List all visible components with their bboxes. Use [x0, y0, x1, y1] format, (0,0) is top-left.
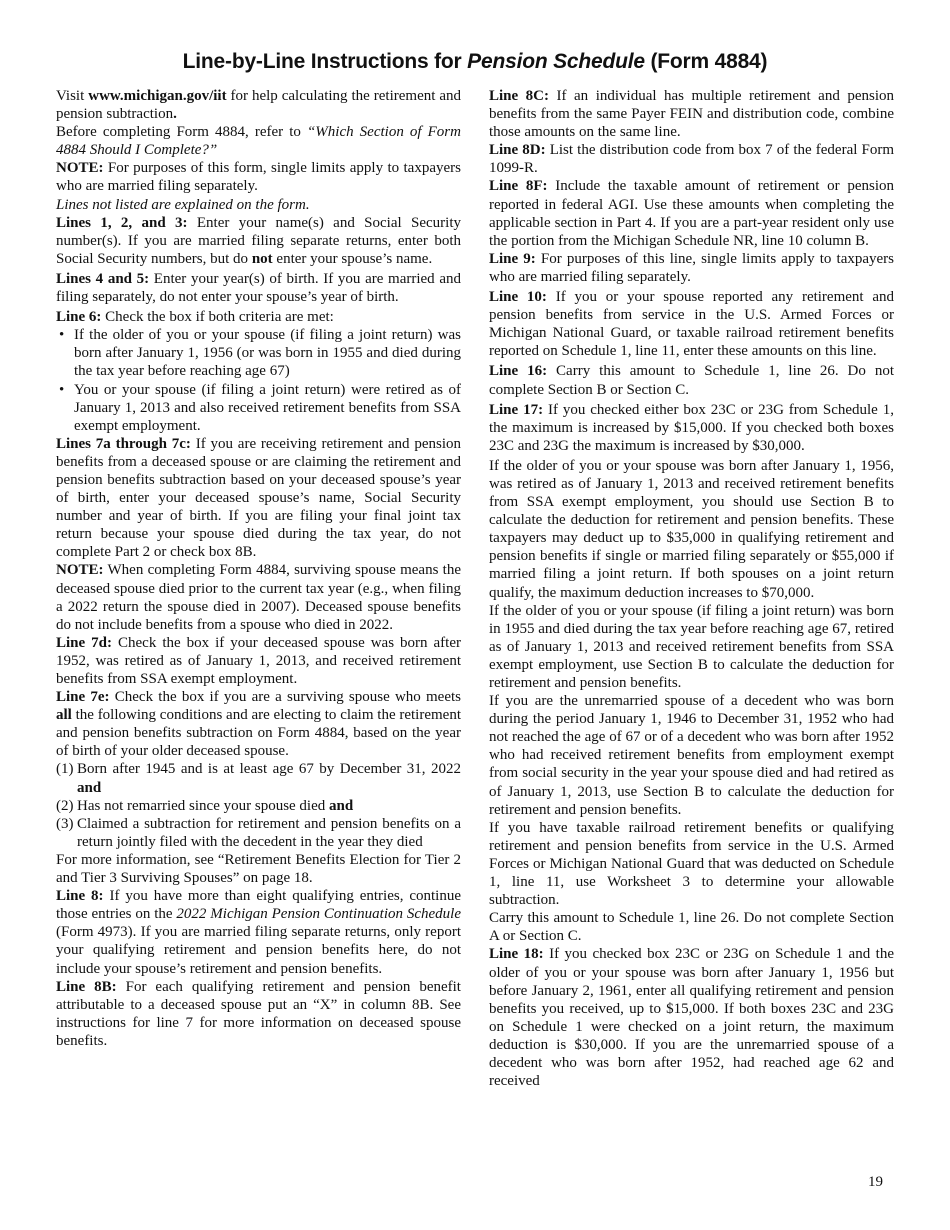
- lines-1-2-3: Lines 1, 2, and 3: Enter your name(s) an…: [56, 214, 461, 268]
- before-completing-paragraph: Before completing Form 4884, refer to “W…: [56, 123, 461, 159]
- text: Before completing Form 4884, refer to: [56, 124, 307, 140]
- right-column: Line 8C: If an individual has multiple r…: [489, 87, 894, 1090]
- text: Check the box if both criteria are met:: [101, 309, 333, 325]
- text: the following conditions and are electin…: [56, 707, 461, 759]
- lines-4-5: Lines 4 and 5: Enter your year(s) of bir…: [56, 270, 461, 306]
- text: Include the taxable amount of retirement…: [489, 178, 894, 248]
- title-text: Line-by-Line Instructions for: [183, 50, 468, 73]
- note-label: NOTE:: [56, 160, 104, 176]
- line-7e-conditions: (1)Born after 1945 and is at least age 6…: [56, 760, 461, 850]
- text: enter your spouse’s name.: [273, 251, 433, 267]
- line-8f: Line 8F: Include the taxable amount of r…: [489, 177, 894, 249]
- line-label: Line 16:: [489, 363, 547, 379]
- item-number: (2): [56, 797, 74, 815]
- text: Claimed a subtraction for retirement and…: [77, 816, 461, 850]
- website-link[interactable]: www.michigan.gov/iit: [88, 88, 226, 104]
- more-information: For more information, see “Retirement Be…: [56, 851, 461, 887]
- lines-7a-7c: Lines 7a through 7c: If you are receivin…: [56, 435, 461, 562]
- text: Check the box if your deceased spouse wa…: [56, 635, 461, 687]
- text: For each qualifying retirement and pensi…: [56, 979, 461, 1049]
- line-label: Line 18:: [489, 946, 544, 962]
- line-label: Line 7d:: [56, 635, 112, 651]
- line-6-criteria: If the older of you or your spouse (if f…: [56, 326, 461, 435]
- line-8b: Line 8B: For each qualifying retirement …: [56, 978, 461, 1050]
- note-surviving-spouse: NOTE: When completing Form 4884, survivi…: [56, 561, 461, 633]
- text: For purposes of this form, single limits…: [56, 160, 461, 194]
- text: and: [329, 798, 353, 814]
- text: Born after 1945 and is at least age 67 b…: [77, 761, 461, 777]
- paragraph-section-b-older: If the older of you or your spouse was b…: [489, 457, 894, 602]
- text: When completing Form 4884, surviving spo…: [56, 562, 461, 632]
- line-label: Line 8D:: [489, 142, 546, 158]
- text: If you checked box 23C or 23G on Schedul…: [489, 946, 894, 1089]
- text: If you are receiving retirement and pens…: [56, 436, 461, 561]
- lines-not-listed: Lines not listed are explained on the fo…: [56, 196, 461, 214]
- text: If you or your spouse reported any retir…: [489, 289, 894, 359]
- bullet-item: You or your spouse (if filing a joint re…: [56, 381, 461, 435]
- bullet-item: If the older of you or your spouse (if f…: [56, 326, 461, 380]
- title-form-number: (Form 4884): [645, 50, 767, 73]
- note-label: NOTE:: [56, 562, 104, 578]
- visit-paragraph: Visit www.michigan.gov/iit for help calc…: [56, 87, 461, 123]
- line-label: Line 8B:: [56, 979, 117, 995]
- condition-item: (3)Claimed a subtraction for retirement …: [56, 815, 461, 851]
- paragraph-born-1955: If the older of you or your spouse (if f…: [489, 602, 894, 692]
- text: Visit: [56, 88, 88, 104]
- text: List the distribution code from box 7 of…: [489, 142, 894, 176]
- schedule-name: 2022 Michigan Pension Continuation Sched…: [176, 906, 461, 922]
- line-18: Line 18: If you checked box 23C or 23G o…: [489, 945, 894, 1090]
- line-label: Line 8:: [56, 888, 104, 904]
- note-single-limits: NOTE: For purposes of this form, single …: [56, 159, 461, 195]
- page-title: Line-by-Line Instructions for Pension Sc…: [0, 50, 950, 74]
- text: Carry this amount to Schedule 1, line 26…: [489, 363, 894, 397]
- text: and: [77, 780, 101, 796]
- line-label: Line 9:: [489, 251, 536, 267]
- text: Has not remarried since your spouse died: [77, 798, 329, 814]
- line-8d: Line 8D: List the distribution code from…: [489, 141, 894, 177]
- paragraph-carry-amount: Carry this amount to Schedule 1, line 26…: [489, 909, 894, 945]
- line-label: Line 10:: [489, 289, 547, 305]
- line-label: Lines 1, 2, and 3:: [56, 215, 188, 231]
- line-label: Lines 4 and 5:: [56, 271, 149, 287]
- line-label: Line 6:: [56, 309, 101, 325]
- line-6: Line 6: Check the box if both criteria a…: [56, 308, 461, 326]
- line-label: Line 17:: [489, 402, 543, 418]
- condition-item: (1)Born after 1945 and is at least age 6…: [56, 760, 461, 796]
- line-8: Line 8: If you have more than eight qual…: [56, 887, 461, 977]
- text: .: [173, 106, 177, 122]
- line-10: Line 10: If you or your spouse reported …: [489, 288, 894, 360]
- item-number: (1): [56, 760, 74, 778]
- line-16: Line 16: Carry this amount to Schedule 1…: [489, 362, 894, 398]
- line-label: Lines 7a through 7c:: [56, 436, 191, 452]
- page-number: 19: [868, 1174, 883, 1191]
- text: all: [56, 707, 72, 723]
- line-17: Line 17: If you checked either box 23C o…: [489, 401, 894, 455]
- line-label: Line 8F:: [489, 178, 548, 194]
- paragraph-railroad: If you have taxable railroad retirement …: [489, 819, 894, 909]
- line-7d: Line 7d: Check the box if your deceased …: [56, 634, 461, 688]
- line-label: Line 8C:: [489, 88, 549, 104]
- line-8c: Line 8C: If an individual has multiple r…: [489, 87, 894, 141]
- text: If an individual has multiple retirement…: [489, 88, 894, 140]
- text: If you checked either box 23C or 23G fro…: [489, 402, 894, 454]
- text: not: [252, 251, 273, 267]
- text: (Form 4973). If you are married filing s…: [56, 924, 461, 976]
- text: For purposes of this line, single limits…: [489, 251, 894, 285]
- condition-item: (2)Has not remarried since your spouse d…: [56, 797, 461, 815]
- title-form-name: Pension Schedule: [467, 50, 645, 73]
- text: Check the box if you are a surviving spo…: [110, 689, 461, 705]
- paragraph-unremarried-spouse: If you are the unremarried spouse of a d…: [489, 692, 894, 819]
- line-label: Line 7e:: [56, 689, 110, 705]
- item-number: (3): [56, 815, 74, 833]
- line-9: Line 9: For purposes of this line, singl…: [489, 250, 894, 286]
- line-7e: Line 7e: Check the box if you are a surv…: [56, 688, 461, 760]
- left-column: Visit www.michigan.gov/iit for help calc…: [56, 87, 461, 1050]
